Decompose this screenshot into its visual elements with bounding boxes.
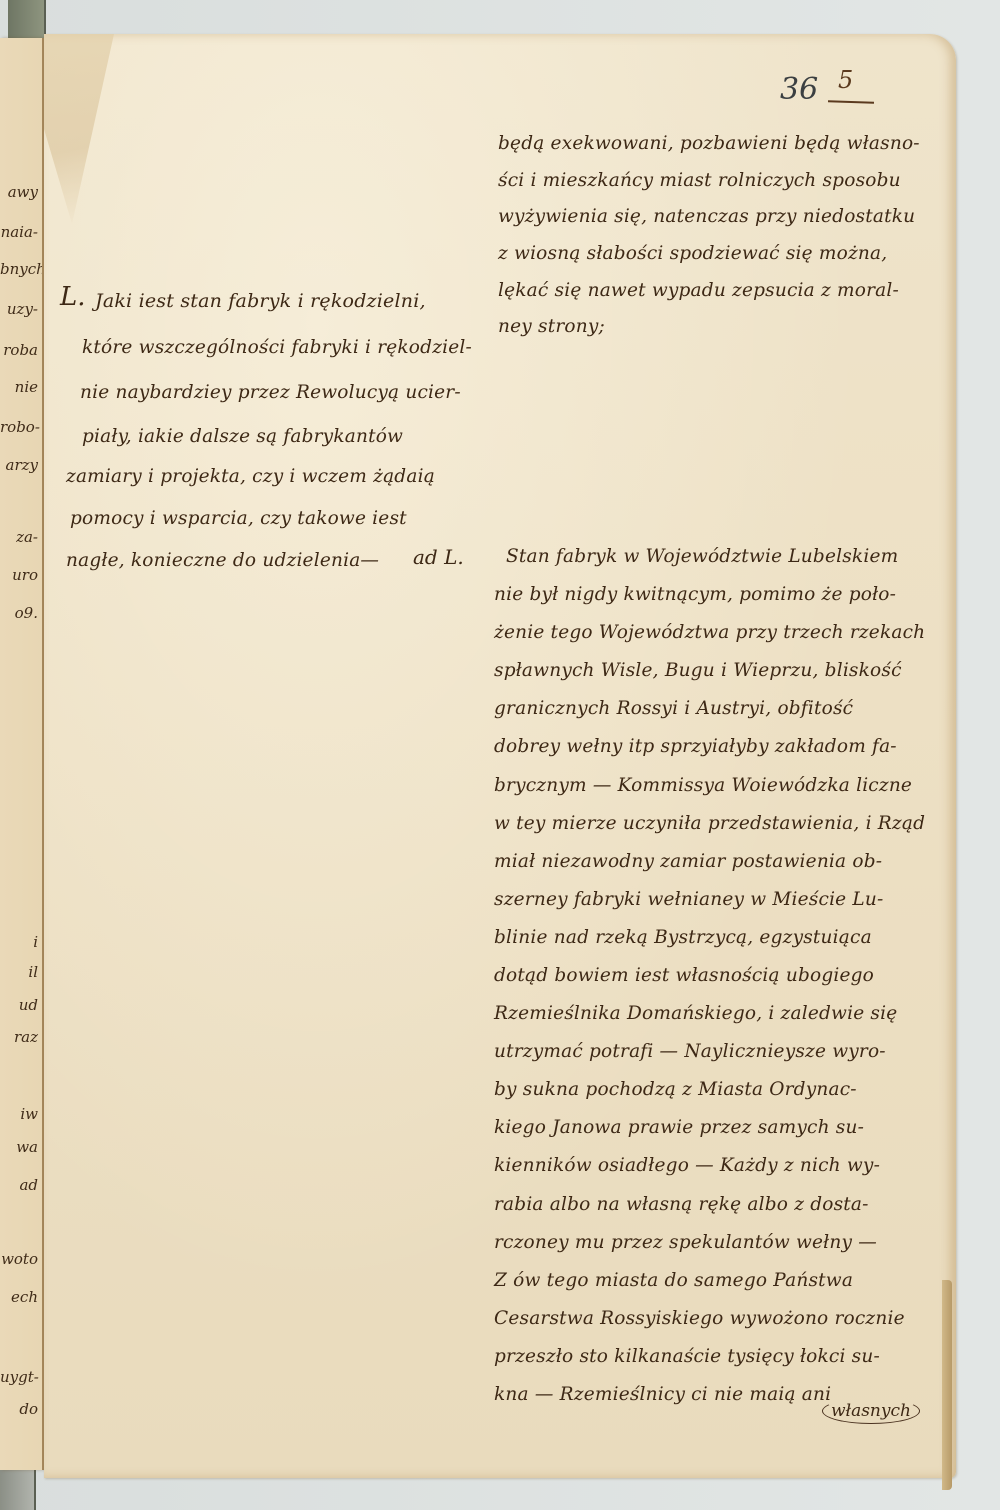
text-line: brycznym — Kommissya Woiewódzka liczne [494,775,912,796]
text-line: utrzymać potrafi — Naylicznieysze wyro- [494,1041,886,1062]
question-line: zamiary i projekta, czy i wczem żądaią [66,466,435,487]
text-line: będą exekwowani, pozbawieni będą własno- [498,133,920,154]
left-edge-fragment: uzy- [0,300,42,318]
left-edge-fragment: raz [0,1028,42,1046]
text-line: granicznych Rossyi i Austryi, obfitość [494,698,853,719]
text-line: rczoney mu przez spekulantów wełny — [494,1232,877,1253]
question-line: Jaki iest stan fabryk i rękodzielni, [95,290,426,312]
catchword: własnych [822,1398,920,1424]
page-fold-crease [44,34,114,224]
left-edge-fragment: uygt- [0,1368,42,1386]
left-edge-fragment: roba [0,341,42,359]
text-line: by sukna pochodzą z Miasta Ordynac- [494,1079,857,1100]
text-line: Cesarstwa Rossyiskiego wywożono rocznie [494,1308,905,1329]
folio-sub-number: 5 [838,66,853,94]
question-line: nie naybardziey przez Rewolucyą ucier- [80,382,461,403]
text-line: Stan fabryk w Województwie Lubelskiem [506,546,898,567]
folio-number: 36 [780,72,818,107]
answer-marker: ad L. [413,545,464,569]
text-line: lękać się nawet wypadu zepsucia z moral- [498,280,899,301]
left-edge-fragment: arzy [0,456,42,474]
text-line: kiego Janowa prawie przez samych su- [494,1117,864,1138]
text-line: spławnych Wisle, Bugu i Wieprzu, bliskoś… [494,660,902,681]
text-line: szerney fabryki wełnianey w Mieście Lu- [494,889,883,910]
left-edge-fragment: za- [0,528,42,546]
left-edge-fragment: do [0,1400,42,1418]
text-line: żenie tego Województwa przy trzech rzeka… [494,622,925,643]
text-line: dobrey wełny itp sprzyiałyby zakładom fa… [494,736,897,757]
text-line: wyżywienia się, natenczas przy niedostat… [498,206,915,227]
left-edge-fragment: ech [0,1288,42,1306]
left-edge-fragment: robo- [0,418,42,436]
question-line: piały, iakie dalsze są fabrykantów [82,426,403,447]
text-line: Rzemieślnika Domańskiego, i zaledwie się [494,1003,897,1024]
page-edge-curl [942,1280,952,1490]
text-line: w tey mierze uczyniła przedstawienia, i … [494,813,925,834]
binding-tab-top [8,0,46,40]
left-edge-fragment: awy [0,183,42,201]
section-marker: L. [60,282,86,312]
text-line: kna — Rzemieślnicy ci nie maią ani [494,1384,831,1405]
text-line: ści i mieszkańcy miast rolniczych sposob… [498,170,901,191]
left-edge-fragment: uro [0,566,42,584]
text-line: rabia albo na własną rękę albo z dosta- [494,1194,869,1215]
binding-tab-bottom [0,1470,36,1510]
text-line: dotąd bowiem iest własnością ubogiego [494,965,874,986]
left-edge-fragment: nie [0,378,42,396]
left-edge-fragment: il [0,963,42,981]
left-edge-fragment: i [0,933,42,951]
left-edge-fragment: bnych [0,260,42,278]
text-line: ney strony; [498,316,605,337]
question-line: pomocy i wsparcia, czy takowe iest [70,508,407,529]
left-edge-fragment: iw [0,1105,42,1123]
left-edge-fragment: naia- [0,223,42,241]
left-edge-fragment: wa [0,1138,42,1156]
left-edge-fragment: o9. [0,604,42,622]
text-line: Z ów tego miasta do samego Państwa [494,1270,853,1291]
text-line: z wiosną słabości spodziewać się można, [498,243,887,264]
text-line: nie był nigdy kwitnącym, pomimo że poło- [494,584,896,605]
left-edge-fragment: ad [0,1176,42,1194]
left-edge-fragment: ud [0,996,42,1014]
question-line: które wszczególności fabryki i rękodziel… [82,337,472,358]
left-edge-fragment: woto [0,1250,42,1268]
left-page-edge: awy naia- bnych uzy- roba nie robo- arzy… [0,38,45,1470]
text-line: blinie nad rzeką Bystrzycą, egzystuiąca [494,927,872,948]
question-line: nagłe, konieczne do udzielenia— [66,550,379,571]
text-line: kienników osiadłego — Każdy z nich wy- [494,1155,880,1176]
text-line: miał niezawodny zamiar postawienia ob- [494,851,882,872]
text-line: przeszło sto kilkanaście tysięcy łokci s… [494,1346,880,1367]
